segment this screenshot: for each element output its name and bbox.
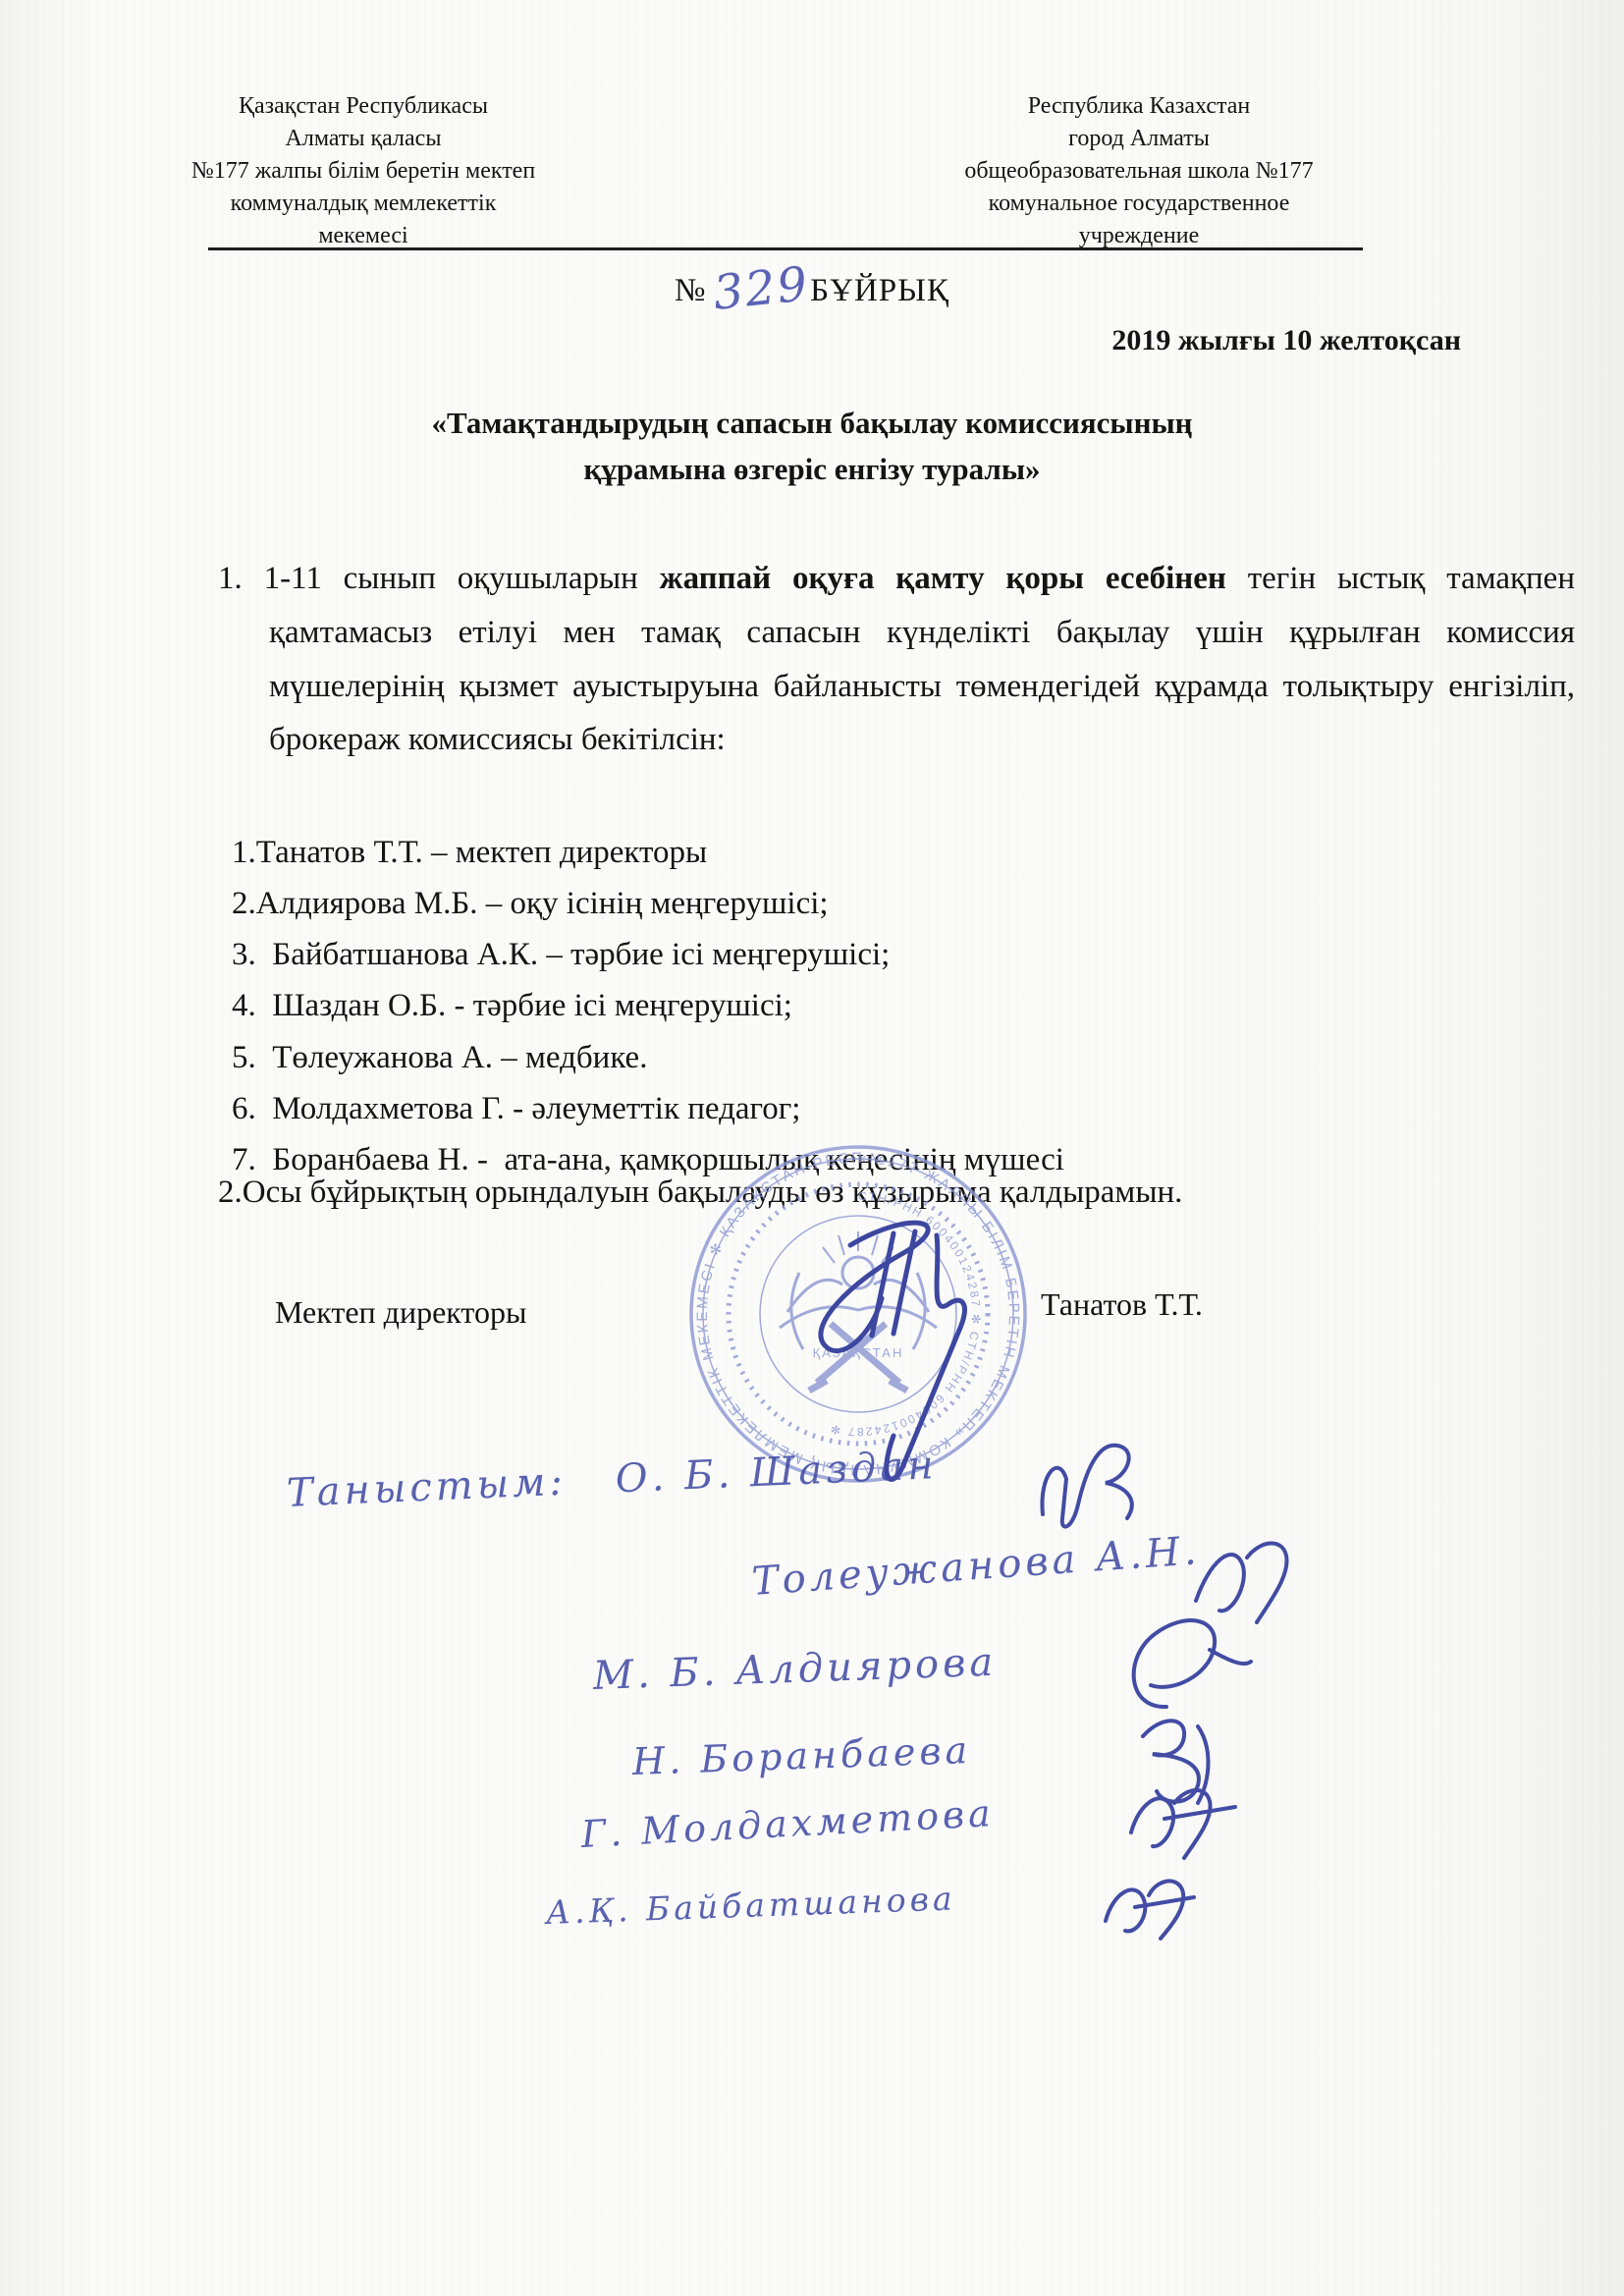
header-left-line: Қазақстан Республикасы bbox=[88, 90, 638, 123]
header-right-line: город Алматы bbox=[864, 123, 1414, 155]
header-right-line: общеобразовательная школа №177 bbox=[864, 155, 1414, 188]
handwritten-name-toleuzhanova: Толеужанова А.Н. bbox=[750, 1528, 1201, 1605]
member-item: 1.Танатов Т.Т. – мектеп директоры bbox=[232, 827, 1064, 878]
member-item: 3. Байбатшанова А.К. – тәрбие ісі меңгер… bbox=[232, 929, 1064, 980]
handwritten-name-baibatshanova: А.Қ. Байбатшанова bbox=[545, 1879, 956, 1932]
order-date: 2019 жылғы 10 желтоқсан bbox=[0, 324, 1461, 357]
header-right-line: Республика Казахстан bbox=[864, 90, 1414, 123]
header-left-line: №177 жалпы білім беретін мектеп bbox=[88, 155, 638, 188]
paragraph-1-bold-text: жаппай оқуға қамту қоры есебінен bbox=[660, 561, 1226, 596]
paragraph-1: 1. 1-11 сынып оқушыларын жаппай оқуға қа… bbox=[218, 552, 1575, 767]
order-number-line: №329БҰЙРЫҚ bbox=[0, 257, 1624, 312]
header-left-line: Алматы қаласы bbox=[88, 123, 638, 155]
handwritten-order-number: 329 bbox=[710, 256, 811, 321]
header-right-line: комунальное государственное bbox=[864, 188, 1414, 220]
familiarized-label: Таныстым: bbox=[286, 1459, 568, 1516]
signature-moldakhmetova bbox=[1115, 1764, 1243, 1877]
header-right-russian: Республика Казахстан город Алматы общеоб… bbox=[864, 90, 1414, 253]
member-item: 2.Алдиярова М.Б. – оқу ісінің меңгерушіс… bbox=[232, 878, 1064, 929]
order-title-line2: құрамына өзгеріс енгізу туралы» bbox=[0, 447, 1624, 493]
order-title: «Тамақтандырудың сапасын бақылау комисси… bbox=[0, 401, 1624, 492]
director-name: Танатов Т.Т. bbox=[1041, 1286, 1203, 1323]
handwritten-name-boranbaeva: Н. Боранбаева bbox=[631, 1728, 972, 1783]
director-position-label: Мектеп директоры bbox=[275, 1294, 526, 1331]
handwritten-familiarized-line: Таныстым: О. Б. Шаздан bbox=[286, 1443, 938, 1516]
member-item: 5. Төлеужанова А. – медбике. bbox=[232, 1032, 1064, 1083]
header-left-kazakh: Қазақстан Республикасы Алматы қаласы №17… bbox=[88, 90, 638, 253]
signature-baibatshanova bbox=[1096, 1862, 1204, 1955]
header-divider-line bbox=[208, 247, 1363, 250]
paragraph-1-number: 1. bbox=[218, 561, 264, 596]
order-word: БҰЙРЫҚ bbox=[810, 273, 949, 308]
order-title-line1: «Тамақтандырудың сапасын бақылау комисси… bbox=[0, 401, 1624, 447]
number-sign: № bbox=[675, 273, 707, 308]
handwritten-name-moldakhmetova: Г. Молдахметова bbox=[580, 1791, 996, 1856]
member-item: 4. Шаздан О.Б. - тәрбие ісі меңгерушісі; bbox=[232, 980, 1064, 1031]
paragraph-1-text: 1-11 сынып оқушыларын bbox=[264, 561, 660, 596]
handwritten-name-aldiyarova: М. Б. Алдиярова bbox=[592, 1640, 998, 1699]
header-left-line: коммуналдық мемлекеттік bbox=[88, 188, 638, 220]
